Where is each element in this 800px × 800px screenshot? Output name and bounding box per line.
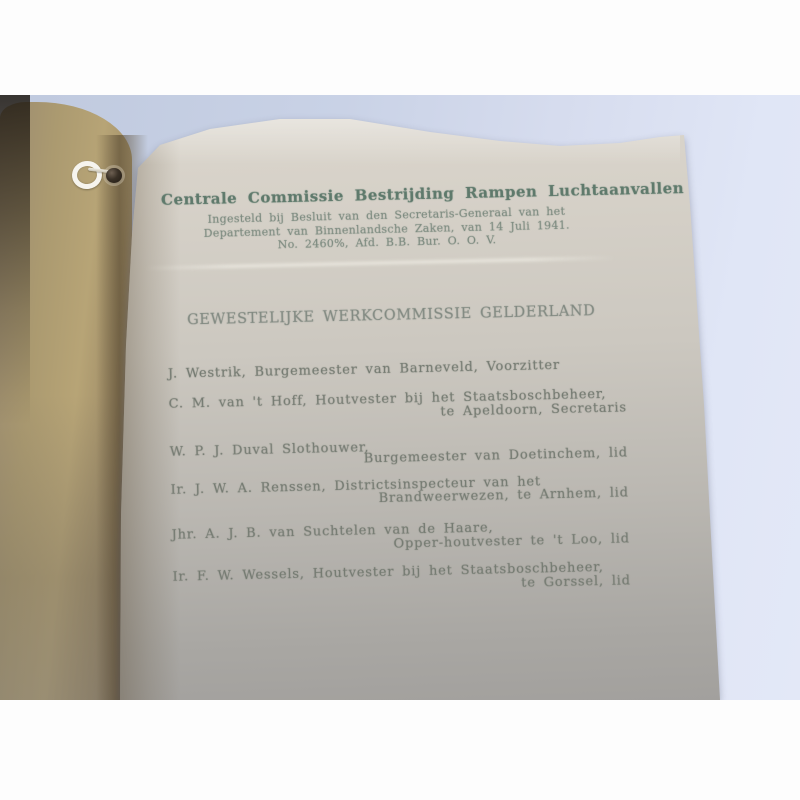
printed-text-layer: Centrale Commissie Bestrijding Rampen Lu…	[0, 95, 800, 700]
section-heading: GEWESTELIJKE WERKCOMMISSIE GELDERLAND	[164, 303, 619, 329]
member-entry-westrik: J. Westrik, Burgemeester van Barneveld, …	[168, 358, 560, 382]
issuer-block: Centrale Commissie Bestrijding Rampen Lu…	[161, 181, 612, 255]
photo-of-booklet: Centrale Commissie Bestrijding Rampen Lu…	[0, 95, 800, 700]
